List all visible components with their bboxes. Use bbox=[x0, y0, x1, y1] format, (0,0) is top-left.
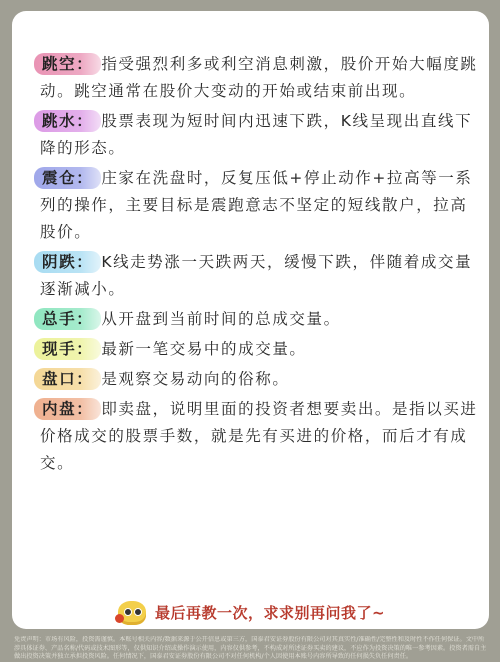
term-definition: K线走势涨一天跌两天，缓慢下跌，伴随着成交量逐渐减小。 bbox=[40, 253, 472, 298]
glossary-entry: 盘口：是观察交易动向的俗称。 bbox=[40, 366, 480, 393]
term-label: 内盘 bbox=[42, 400, 76, 418]
term-tag: 阴跌： bbox=[34, 251, 101, 273]
term-tag: 盘口： bbox=[34, 368, 101, 390]
term-definition: 庄家在洗盘时，反复压低+停止动作+拉高等一系列的操作，主要目标是震跑意志不坚定的… bbox=[40, 169, 473, 241]
term-tag: 内盘： bbox=[34, 398, 101, 420]
term-label: 跳空 bbox=[42, 55, 76, 73]
glossary-entry: 阴跌：K线走势涨一天跌两天，缓慢下跌，伴随着成交量逐渐减小。 bbox=[40, 249, 480, 303]
term-definition: 最新一笔交易中的成交量。 bbox=[101, 340, 306, 358]
glossary-entry: 内盘：即卖盘，说明里面的投资者想要卖出。是指以买进价格成交的股票手数，就是先有买… bbox=[40, 396, 480, 477]
term-tag: 跳水： bbox=[34, 110, 101, 132]
term-label: 现手 bbox=[42, 340, 76, 358]
glossary-entry: 震仓：庄家在洗盘时，反复压低+停止动作+拉高等一系列的操作，主要目标是震跑意志不… bbox=[40, 165, 480, 246]
term-definition: 是观察交易动向的俗称。 bbox=[101, 370, 289, 388]
term-colon: ： bbox=[76, 370, 93, 388]
glossary-list: 跳空：指受强烈利多或利空消息刺激，股价开始大幅度跳动。跳空通常在股价大变动的开始… bbox=[40, 51, 480, 480]
term-label: 总手 bbox=[42, 310, 76, 328]
term-tag: 震仓： bbox=[34, 167, 101, 189]
term-tag: 现手： bbox=[34, 338, 101, 360]
term-definition: 即卖盘，说明里面的投资者想要卖出。是指以买进价格成交的股票手数，就是先有买进的价… bbox=[40, 400, 478, 472]
term-colon: ： bbox=[76, 340, 93, 358]
term-colon: ： bbox=[76, 310, 93, 328]
term-definition: 指受强烈利多或利空消息刺激，股价开始大幅度跳动。跳空通常在股价大变动的开始或结束… bbox=[40, 55, 478, 100]
glossary-entry: 跳水：股票表现为短时间内迅速下跌，K线呈现出直线下降的形态。 bbox=[40, 108, 480, 162]
glossary-card: 跳空：指受强烈利多或利空消息刺激，股价开始大幅度跳动。跳空通常在股价大变动的开始… bbox=[12, 11, 489, 629]
footer-banner: 最后再教一次，求求别再问我了~ bbox=[0, 597, 500, 627]
term-label: 盘口 bbox=[42, 370, 76, 388]
term-tag: 总手： bbox=[34, 308, 101, 330]
lion-mascot-icon bbox=[115, 597, 149, 627]
glossary-entry: 总手：从开盘到当前时间的总成交量。 bbox=[40, 306, 480, 333]
term-colon: ： bbox=[76, 112, 93, 130]
glossary-entry: 现手：最新一笔交易中的成交量。 bbox=[40, 336, 480, 363]
footer-text: 最后再教一次，求求别再问我了~ bbox=[155, 602, 385, 623]
term-tag: 跳空： bbox=[34, 53, 101, 75]
term-colon: ： bbox=[76, 400, 93, 418]
term-label: 震仓 bbox=[42, 169, 76, 187]
term-label: 跳水 bbox=[42, 112, 76, 130]
term-colon: ： bbox=[76, 253, 93, 271]
term-colon: ： bbox=[76, 169, 93, 187]
term-definition: 股票表现为短时间内迅速下跌，K线呈现出直线下降的形态。 bbox=[40, 112, 472, 157]
term-definition: 从开盘到当前时间的总成交量。 bbox=[101, 310, 340, 328]
glossary-entry: 跳空：指受强烈利多或利空消息刺激，股价开始大幅度跳动。跳空通常在股价大变动的开始… bbox=[40, 51, 480, 105]
term-label: 阴跌 bbox=[42, 253, 76, 271]
term-colon: ： bbox=[76, 55, 93, 73]
disclaimer-text: 免责声明：市场有风险，投资需谨慎。本账号相关内容/数据来源于公开信息或第三方，国… bbox=[14, 636, 488, 662]
